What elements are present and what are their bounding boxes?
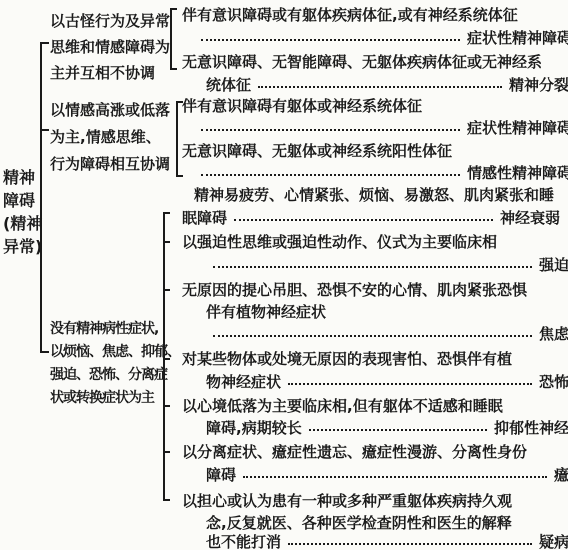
classification-row: 无意识障碍、无智能障碍、无躯体疾病体征或无神经系 <box>182 53 560 73</box>
root-label-line: 精神 <box>3 166 42 189</box>
classification-row: 症状性精神障碍 <box>182 119 568 139</box>
classification-row: 障碍,病期较长抑郁性神经症 <box>182 419 568 439</box>
diagnosis-label: 疑病症 <box>539 533 568 550</box>
dotted-leader <box>234 219 493 221</box>
branch-3-brace-line <box>163 212 165 501</box>
root-brace-hook-top <box>40 42 49 44</box>
dotted-leader <box>258 86 502 88</box>
criteria-text: 以担心或认为患有一种或多种严重躯体疾病持久观 <box>182 492 512 511</box>
dotted-leader <box>213 335 532 337</box>
classification-row: 眠障碍神经衰弱 <box>182 209 560 229</box>
criteria-text: 伴有植物神经症状 <box>206 303 326 322</box>
criteria-text: 统体征 <box>206 76 251 95</box>
root-brace-hook-bottom <box>40 351 49 353</box>
classification-row: 症状性精神障碍 <box>182 29 568 49</box>
classification-row: 伴有意识障碍有躯体或神经系统体征 <box>182 97 560 117</box>
branch-label-line: 强迫、恐怖、分离症 <box>50 364 180 387</box>
diagnosis-label: 抑郁性神经症 <box>494 419 568 438</box>
dotted-leader <box>288 383 532 385</box>
branch-3-brace-tick <box>163 241 170 243</box>
criteria-text: 念,反复就医、各种医学检查阴性和医生的解释 <box>206 514 512 533</box>
dotted-leader <box>309 429 487 431</box>
branch-label-line: 主并互相不协调 <box>50 60 170 86</box>
classification-row: 统体征精神分裂症 <box>182 76 568 96</box>
classification-row: 伴有意识障碍或有躯体疾病体征,或有神经系统体征 <box>182 6 560 26</box>
classification-row: 无意识障碍、无躯体或神经系统阳性体征 <box>182 142 560 162</box>
diagnosis-label: 神经衰弱 <box>500 209 560 228</box>
criteria-text: 以分离症状、癔症性遗忘、癔症性漫游、分离性身份 <box>182 443 527 462</box>
criteria-text: 物神经症状 <box>206 373 281 392</box>
classification-diagram: 精神 障碍 (精神 异常) 以古怪行为及异常 思维和情感障碍为 主并互相不协调 … <box>0 0 568 550</box>
branch-2-label: 以情感高涨或低落 为主,情感思维、 行为障碍相互协调 <box>50 97 170 178</box>
criteria-text: 对某些物体或处境无原因的表现害怕、恐惧伴有植 <box>182 350 512 369</box>
criteria-text: 以心境低落为主要临床相,但有躯体不适感和睡眠 <box>182 397 503 416</box>
classification-row: 念,反复就医、各种医学检查阴性和医生的解释 <box>182 514 568 534</box>
branch-3-brace-tick <box>163 289 170 291</box>
criteria-text: 无意识障碍、无智能障碍、无躯体疾病体征或无神经系 <box>182 53 542 72</box>
branch-1-brace-line <box>170 8 172 70</box>
criteria-text: 也不能打消 <box>206 533 281 550</box>
dotted-leader <box>243 476 547 478</box>
root-label: 精神 障碍 (精神 异常) <box>3 166 42 258</box>
criteria-text: 以强迫性思维或强迫性动作、仪式为主要临床相 <box>182 233 497 252</box>
branch-label-line: 没有精神病性症状, <box>50 318 180 341</box>
root-label-line: (精神 <box>3 212 42 235</box>
criteria-text: 眠障碍 <box>182 209 227 228</box>
branch-3-brace-hook-top <box>163 212 170 214</box>
diagnosis-label: 症状性精神障碍 <box>467 119 568 138</box>
branch-label-line: 行为障碍相互协调 <box>50 151 170 178</box>
branch-label-line: 状或转换症状为主 <box>50 387 180 410</box>
diagnosis-label: 癔症 <box>554 466 568 485</box>
criteria-text: 伴有意识障碍有躯体或神经系统体征 <box>182 97 422 116</box>
branch-3-brace-tick <box>163 358 170 360</box>
classification-row: 物神经症状恐怖症 <box>182 373 568 393</box>
diagnosis-label: 情感性精神障碍 <box>467 164 568 183</box>
branch-3-label: 没有精神病性症状, 以烦恼、焦虑、抑郁、 强迫、恐怖、分离症 状或转换症状为主 <box>50 318 180 410</box>
root-label-line: 异常) <box>3 235 42 258</box>
criteria-text: 无原因的提心吊胆、恐惧不安的心情、肌肉紧张恐惧 <box>182 281 527 300</box>
branch-label-line: 以情感高涨或低落 <box>50 97 170 124</box>
classification-row: 以担心或认为患有一种或多种严重躯体疾病持久观 <box>182 492 560 512</box>
branch-3-brace-tick <box>163 405 170 407</box>
criteria-text: 无意识障碍、无躯体或神经系统阳性体征 <box>182 142 452 161</box>
criteria-text: 障碍 <box>206 466 236 485</box>
branch-label-line: 以古怪行为及异常 <box>50 8 170 34</box>
diagnosis-label: 焦虑症 <box>539 325 568 344</box>
classification-row: 精神易疲劳、心情紧张、烦恼、易激怒、肌肉紧张和睡 <box>182 186 568 206</box>
root-label-line: 障碍 <box>3 189 42 212</box>
classification-row: 强迫症 <box>182 256 568 276</box>
classification-row: 情感性精神障碍 <box>182 164 568 184</box>
branch-label-line: 为主,情感思维、 <box>50 124 170 151</box>
diagnosis-label: 症状性精神障碍 <box>467 29 568 48</box>
classification-row: 无原因的提心吊胆、恐惧不安的心情、肌肉紧张恐惧 <box>182 281 560 301</box>
dotted-leader <box>288 543 532 545</box>
branch-3-brace-hook-bottom <box>163 499 170 501</box>
dotted-leader <box>201 39 460 41</box>
root-brace-tick-middle <box>40 129 49 131</box>
criteria-text: 障碍,病期较长 <box>206 419 302 438</box>
criteria-text: 精神易疲劳、心情紧张、烦恼、易激怒、肌肉紧张和睡 <box>194 186 554 205</box>
branch-3-brace-tick <box>163 451 170 453</box>
root-brace-line <box>40 42 42 353</box>
classification-row: 障碍癔症 <box>182 466 568 486</box>
classification-row: 以强迫性思维或强迫性动作、仪式为主要临床相 <box>182 233 560 253</box>
classification-row: 也不能打消疑病症 <box>182 533 568 550</box>
classification-row: 以分离症状、癔症性遗忘、癔症性漫游、分离性身份 <box>182 443 560 463</box>
dotted-leader <box>213 266 532 268</box>
diagnosis-label: 恐怖症 <box>539 373 568 392</box>
classification-row: 对某些物体或处境无原因的表现害怕、恐惧伴有植 <box>182 350 560 370</box>
branch-1-brace-hook-top <box>170 8 177 10</box>
diagnosis-label: 精神分裂症 <box>509 76 568 95</box>
criteria-text: 伴有意识障碍或有躯体疾病体征,或有神经系统体征 <box>182 6 518 25</box>
branch-label-line: 思维和情感障碍为 <box>50 34 170 60</box>
branch-1-brace-hook-bottom <box>170 68 177 70</box>
branch-label-line: 以烦恼、焦虑、抑郁、 <box>50 341 180 364</box>
diagnosis-label: 强迫症 <box>539 256 568 275</box>
branch-2-brace-line <box>176 101 178 177</box>
classification-row: 伴有植物神经症状 <box>182 303 568 323</box>
classification-row: 焦虑症 <box>182 325 568 345</box>
dotted-leader <box>201 174 460 176</box>
branch-1-label: 以古怪行为及异常 思维和情感障碍为 主并互相不协调 <box>50 8 170 86</box>
classification-row: 以心境低落为主要临床相,但有躯体不适感和睡眠 <box>182 397 560 417</box>
dotted-leader <box>201 129 460 131</box>
